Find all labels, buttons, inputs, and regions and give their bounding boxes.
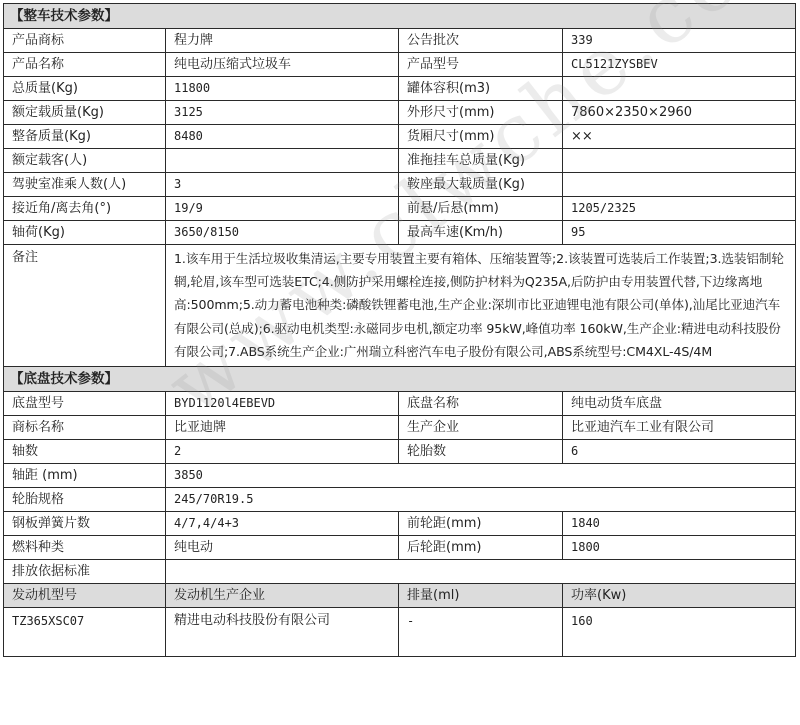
value-trailer-mass xyxy=(563,149,796,173)
value-manufacturer: 比亚迪汽车工业有限公司 xyxy=(563,416,796,440)
value-emission-standard xyxy=(166,560,796,584)
label-fuel-type: 燃料种类 xyxy=(4,536,166,560)
table-row: 商标名称 比亚迪牌 生产企业 比亚迪汽车工业有限公司 xyxy=(4,416,796,440)
label-product-name: 产品名称 xyxy=(4,53,166,77)
header-engine-model: 发动机型号 xyxy=(4,584,166,608)
label-tank-volume: 罐体容积(m3) xyxy=(399,77,563,101)
value-rated-passengers xyxy=(166,149,399,173)
label-axle-load: 轴荷(Kg) xyxy=(4,221,166,245)
vehicle-section-title: 【整车技术参数】 xyxy=(4,4,796,29)
label-wheelbase: 轴距 (mm) xyxy=(4,464,166,488)
label-chassis-name: 底盘名称 xyxy=(399,392,563,416)
value-remarks: 1.该车用于生活垃圾收集清运,主要专用装置主要有箱体、压缩装置等;2.该装置可选… xyxy=(166,245,796,367)
value-max-speed: 95 xyxy=(563,221,796,245)
value-saddle-load xyxy=(563,173,796,197)
label-rear-track: 后轮距(mm) xyxy=(399,536,563,560)
value-power: 160 xyxy=(563,608,796,657)
table-row: 接近角/离去角(°) 19/9 前悬/后悬(mm) 1205/2325 xyxy=(4,197,796,221)
value-chassis-name: 纯电动货车底盘 xyxy=(563,392,796,416)
value-tire-spec: 245/70R19.5 xyxy=(166,488,796,512)
table-row: 轮胎规格 245/70R19.5 xyxy=(4,488,796,512)
label-trailer-mass: 准拖挂车总质量(Kg) xyxy=(399,149,563,173)
chassis-section-title: 【底盘技术参数】 xyxy=(4,367,796,392)
value-dimensions: 7860×2350×2960 xyxy=(563,101,796,125)
table-row: 燃料种类 纯电动 后轮距(mm) 1800 xyxy=(4,536,796,560)
remarks-row: 备注 1.该车用于生活垃圾收集清运,主要专用装置主要有箱体、压缩装置等;2.该装… xyxy=(4,245,796,367)
label-manufacturer: 生产企业 xyxy=(399,416,563,440)
value-total-mass: 11800 xyxy=(166,77,399,101)
value-cargo-size: ×× xyxy=(563,125,796,149)
value-axle-load: 3650/8150 xyxy=(166,221,399,245)
label-brand: 产品商标 xyxy=(4,29,166,53)
spec-sheet: 【整车技术参数】 产品商标 程力牌 公告批次 339 产品名称 纯电动压缩式垃圾… xyxy=(3,3,795,657)
table-row: 产品商标 程力牌 公告批次 339 xyxy=(4,29,796,53)
label-saddle-load: 鞍座最大载质量(Kg) xyxy=(399,173,563,197)
table-row: 产品名称 纯电动压缩式垃圾车 产品型号 CL5121ZYSBEV xyxy=(4,53,796,77)
engine-header-row: 发动机型号 发动机生产企业 排量(ml) 功率(Kw) xyxy=(4,584,796,608)
header-engine-maker: 发动机生产企业 xyxy=(166,584,399,608)
table-row: 底盘型号 BYD1120l4EBEVD 底盘名称 纯电动货车底盘 xyxy=(4,392,796,416)
label-max-speed: 最高车速(Km/h) xyxy=(399,221,563,245)
value-chassis-model: BYD1120l4EBEVD xyxy=(166,392,399,416)
table-row: 驾驶室准乘人数(人) 3 鞍座最大载质量(Kg) xyxy=(4,173,796,197)
table-row: 额定载质量(Kg) 3125 外形尺寸(mm) 7860×2350×2960 xyxy=(4,101,796,125)
label-angles: 接近角/离去角(°) xyxy=(4,197,166,221)
table-row: 整备质量(Kg) 8480 货厢尺寸(mm) ×× xyxy=(4,125,796,149)
label-emission-standard: 排放依据标准 xyxy=(4,560,166,584)
value-displacement: - xyxy=(399,608,563,657)
value-fuel-type: 纯电动 xyxy=(166,536,399,560)
value-product-model: CL5121ZYSBEV xyxy=(563,53,796,77)
table-row: 钢板弹簧片数 4/7,4/4+3 前轮距(mm) 1840 xyxy=(4,512,796,536)
value-engine-model: TZ365XSC07 xyxy=(4,608,166,657)
spec-table: 【整车技术参数】 产品商标 程力牌 公告批次 339 产品名称 纯电动压缩式垃圾… xyxy=(3,3,796,657)
value-batch: 339 xyxy=(563,29,796,53)
label-front-track: 前轮距(mm) xyxy=(399,512,563,536)
label-dimensions: 外形尺寸(mm) xyxy=(399,101,563,125)
value-axle-count: 2 xyxy=(166,440,399,464)
label-rated-passengers: 额定载客(人) xyxy=(4,149,166,173)
label-trademark: 商标名称 xyxy=(4,416,166,440)
label-cab-seats: 驾驶室准乘人数(人) xyxy=(4,173,166,197)
value-engine-maker: 精进电动科技股份有限公司 xyxy=(166,608,399,657)
value-tank-volume xyxy=(563,77,796,101)
label-leaf-springs: 钢板弹簧片数 xyxy=(4,512,166,536)
label-tire-count: 轮胎数 xyxy=(399,440,563,464)
value-curb-mass: 8480 xyxy=(166,125,399,149)
table-row: 总质量(Kg) 11800 罐体容积(m3) xyxy=(4,77,796,101)
label-chassis-model: 底盘型号 xyxy=(4,392,166,416)
value-leaf-springs: 4/7,4/4+3 xyxy=(166,512,399,536)
header-power: 功率(Kw) xyxy=(563,584,796,608)
value-overhang: 1205/2325 xyxy=(563,197,796,221)
value-angles: 19/9 xyxy=(166,197,399,221)
header-displacement: 排量(ml) xyxy=(399,584,563,608)
value-rated-load: 3125 xyxy=(166,101,399,125)
value-cab-seats: 3 xyxy=(166,173,399,197)
table-row: 轴数 2 轮胎数 6 xyxy=(4,440,796,464)
table-row: 轴距 (mm) 3850 xyxy=(4,464,796,488)
label-overhang: 前悬/后悬(mm) xyxy=(399,197,563,221)
value-wheelbase: 3850 xyxy=(166,464,796,488)
label-curb-mass: 整备质量(Kg) xyxy=(4,125,166,149)
table-row: 额定载客(人) 准拖挂车总质量(Kg) xyxy=(4,149,796,173)
label-total-mass: 总质量(Kg) xyxy=(4,77,166,101)
label-tire-spec: 轮胎规格 xyxy=(4,488,166,512)
label-batch: 公告批次 xyxy=(399,29,563,53)
value-tire-count: 6 xyxy=(563,440,796,464)
label-cargo-size: 货厢尺寸(mm) xyxy=(399,125,563,149)
label-product-model: 产品型号 xyxy=(399,53,563,77)
engine-row: TZ365XSC07 精进电动科技股份有限公司 - 160 xyxy=(4,608,796,657)
label-rated-load: 额定载质量(Kg) xyxy=(4,101,166,125)
label-axle-count: 轴数 xyxy=(4,440,166,464)
table-row: 轴荷(Kg) 3650/8150 最高车速(Km/h) 95 xyxy=(4,221,796,245)
value-rear-track: 1800 xyxy=(563,536,796,560)
value-product-name: 纯电动压缩式垃圾车 xyxy=(166,53,399,77)
label-remarks: 备注 xyxy=(4,245,166,367)
value-brand: 程力牌 xyxy=(166,29,399,53)
value-trademark: 比亚迪牌 xyxy=(166,416,399,440)
table-row: 排放依据标准 xyxy=(4,560,796,584)
value-front-track: 1840 xyxy=(563,512,796,536)
